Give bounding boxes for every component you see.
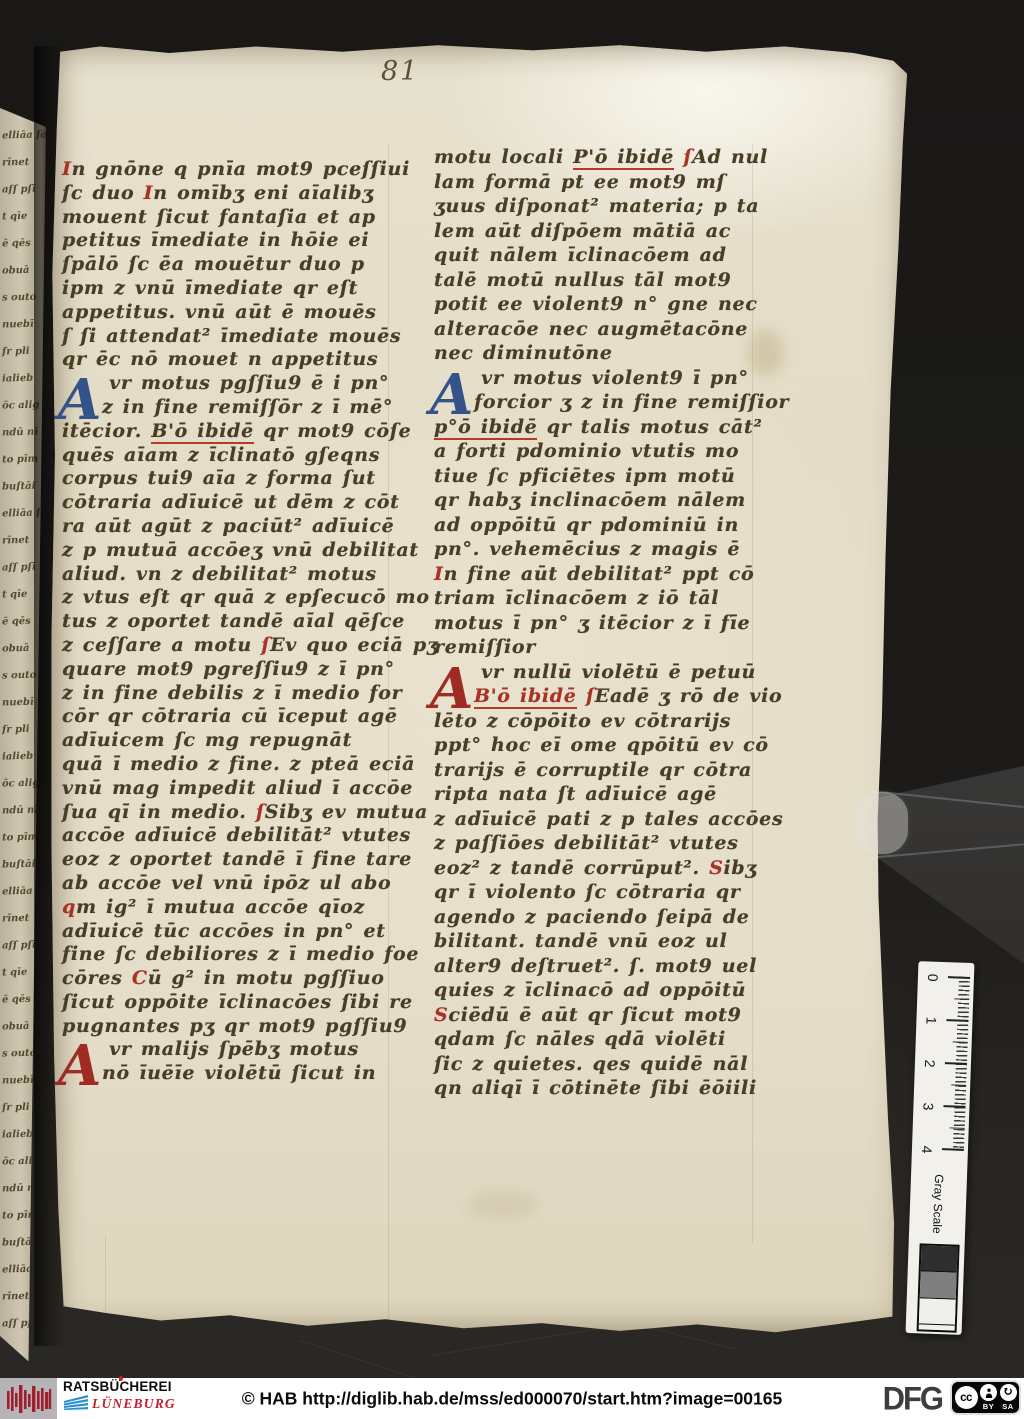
- background-scratch: [300, 1340, 414, 1378]
- text-segment: n gnōne q pnīa mot9 pceſſiui: [72, 158, 410, 180]
- text-segment: Eadē ʒ rō de vio: [595, 685, 783, 707]
- manuscript-line: nec diminutōne: [434, 342, 766, 367]
- text-segment: p°ō ibidē: [434, 416, 537, 440]
- text-segment: vr motus pgſſiu9 ē i pn°: [109, 372, 389, 394]
- manuscript-line: pugnantes pʒ qr mot9 pgſſiu9: [62, 1015, 398, 1039]
- manuscript-line: ʒuus diſponat² materia; p ta: [434, 195, 766, 220]
- text-segment: z in fine debilis z ī medio for: [62, 682, 402, 704]
- manuscript-line: Avr nullū violētū ē petuū: [434, 661, 766, 686]
- manuscript-line: cōr qr cōtraria cū īceput agē: [62, 705, 398, 729]
- text-segment: ſ: [586, 685, 595, 707]
- manuscript-line: alter9 deſtruet². ſ. mot9 uel: [434, 955, 766, 980]
- text-segment: qr habʒ inclinacōem nālem: [434, 489, 746, 511]
- text-segment: z in fine remiſſōr z ī mē°: [102, 396, 393, 418]
- manuscript-line: eoz z oportet tandē ī fine tare: [62, 848, 398, 872]
- manuscript-line: Sciēdū ē aūt qr ſicut mot9: [434, 1004, 766, 1029]
- manuscript-line: Avr malijs ſpēbʒ motus: [62, 1038, 398, 1062]
- text-segment: z paſſiōes debilitāt² vtutes: [434, 832, 739, 854]
- manuscript-line: triam īclinacōem z iō tāl: [434, 587, 766, 612]
- manuscript-line: petitus īmediate in hōie ei: [62, 229, 398, 253]
- gray-scale-patch: [920, 1272, 957, 1300]
- share-alike-glyph: ↻: [1003, 1386, 1014, 1399]
- cc-by-label: BY: [983, 1402, 994, 1411]
- text-segment: appetitus. vnū aūt ē mouēs: [62, 301, 377, 323]
- text-segment: z adīuicē pati z p tales accōes: [434, 808, 783, 830]
- manuscript-line: agendo z paciendo ſeipā de: [434, 906, 766, 931]
- text-segment: q: [62, 896, 76, 918]
- manuscript-line: cōres Cū g² in motu pgſſiuo: [62, 967, 398, 991]
- text-segment: I: [144, 182, 154, 204]
- text-segment: quies z īclinacō ad oppōitū: [434, 979, 746, 1001]
- cm-tick: [943, 1105, 965, 1108]
- text-segment: vr motus violent9 ī pn°: [481, 367, 749, 389]
- text-segment: P'ō ibidē: [573, 146, 674, 170]
- text-segment: ra aūt agūt z paciūt² adīuicē: [62, 515, 394, 537]
- copyright-url-text: © HAB http://diglib.hab.de/mss/ed000070/…: [242, 1388, 782, 1409]
- manuscript-line: cōtraria adīuicē ut dēm z cōt: [62, 491, 398, 515]
- text-segment: eoz² z tandē corrūput².: [434, 857, 709, 879]
- text-segment: n fine aūt debilitat² ppt cō: [444, 563, 755, 585]
- manuscript-line: qr habʒ inclinacōem nālem: [434, 489, 766, 514]
- manuscript-line: ſicut oppōite īclinacōes ſibi re: [62, 991, 398, 1015]
- text-segment: fine ſc debiliores z ī medio foe: [62, 943, 419, 965]
- ruler-number: 3: [920, 1098, 937, 1115]
- text-segment: ſc duo: [62, 182, 144, 204]
- text-segment: pugnantes pʒ qr mot9 pgſſiu9: [62, 1015, 407, 1037]
- text-segment: bilitant. tandē vnū eoz ul: [434, 930, 727, 952]
- text-segment: ʒuus diſponat² materia; p ta: [434, 195, 759, 217]
- text-segment: S: [709, 857, 723, 879]
- text-segment: z ceſſare a motu: [62, 634, 261, 656]
- manuscript-line: Avr motus pgſſiu9 ē i pn°: [62, 372, 398, 396]
- manuscript-line: tus z oportet tandē aīal qēſce: [62, 610, 398, 634]
- text-segment: qdam ſc nāles qdā violēti: [434, 1028, 726, 1050]
- manuscript-line: forcior ʒ z in fine remiſſior: [434, 391, 766, 416]
- text-segment: Sibʒ ev mutua: [265, 801, 428, 823]
- text-segment: tus z oportet tandē aīal qēſce: [62, 610, 405, 632]
- ruler-number: 4: [919, 1141, 936, 1158]
- text-segment: adīuicem ſc mg repugnāt: [62, 729, 352, 751]
- manuscript-line: z ceſſare a motu ſEv quo eciā pʒ: [62, 634, 398, 658]
- manuscript-line: bilitant. tandē vnū eoz ul: [434, 930, 766, 955]
- text-segment: adīuicē tūc accōes in pn° et: [62, 920, 386, 942]
- text-segment: forcior ʒ z in fine remiſſior: [474, 391, 789, 413]
- manuscript-line: quies z īclinacō ad oppōitū: [434, 979, 766, 1004]
- text-segment: eoz z oportet tandē ī fine tare: [62, 848, 412, 870]
- text-segment: tiue ſc pficiētes ipm motū: [434, 465, 735, 487]
- text-segment: potit ee violent9 n° gne nec: [434, 293, 758, 315]
- manuscript-line: accōe adīuicē debilitāt² vtutes: [62, 824, 398, 848]
- manuscript-page: 81 In gnōne q pnīa mot9 pceſſiuiſc duo I…: [48, 40, 914, 1340]
- text-segment: trarijs ē corruptile qr cōtra: [434, 759, 752, 781]
- creative-commons-icon: cc: [955, 1386, 978, 1409]
- page-holder-tip: [856, 792, 908, 854]
- manuscript-line: ab accōe vel vnū ipōz ul abo: [62, 872, 398, 896]
- text-segment: qn aliqī ī cōtinēte ſibi ēōiili: [434, 1077, 757, 1099]
- manuscript-line: z in fine debilis z ī medio for: [62, 682, 398, 706]
- manuscript-line: qdam ſc nāles qdā violēti: [434, 1028, 766, 1053]
- manuscript-line: vnū mag impedit aliud ī accōe: [62, 777, 398, 801]
- manuscript-line: qn aliqī ī cōtinēte ſibi ēōiili: [434, 1077, 766, 1102]
- text-segment: mouent ſicut fantaſia et ap: [62, 206, 376, 228]
- cm-tick: [945, 1062, 967, 1065]
- text-segment: qr ēc nō mouet n appetitus: [62, 348, 378, 370]
- text-segment: [674, 146, 683, 168]
- half-cm-tick: [951, 1084, 966, 1086]
- text-segment: ad oppōitū qr pdominiū in: [434, 514, 739, 536]
- gray-scale-patch: [921, 1245, 958, 1273]
- manuscript-line: qr ēc nō mouet n appetitus: [62, 348, 398, 372]
- text-segment: nō īuēīe violētū ſicut in: [102, 1062, 376, 1084]
- text-segment: motu locali: [434, 146, 573, 168]
- text-segment: m ig² ī mutua accōe qīoz: [76, 896, 365, 918]
- text-segment: remiſſior: [434, 636, 536, 658]
- gray-scale-patch: [919, 1298, 956, 1326]
- manuscript-line: adīuicē tūc accōes in pn° et: [62, 920, 398, 944]
- manuscript-line: fine ſc debiliores z ī medio foe: [62, 943, 398, 967]
- text-segment: C: [132, 967, 148, 989]
- manuscript-line: tiue ſc pficiētes ipm motū: [434, 465, 766, 490]
- text-segment: ripta nata ſt adīuicē agē: [434, 783, 717, 805]
- text-segment: qr ī violento ſc cōtraria qr: [434, 881, 741, 903]
- manuscript-line: aliud. vn z debilitat² motus: [62, 563, 398, 587]
- manuscript-line: lem aūt diſpōem mātiā ac: [434, 220, 766, 245]
- manuscript-line: lēto z cōpōito ev cōtrarijs: [434, 710, 766, 735]
- text-segment: itēcior.: [62, 420, 151, 442]
- text-segment: ſ: [261, 634, 270, 656]
- ruler-scale: 01234: [911, 973, 974, 1175]
- manuscript-line: z adīuicē pati z p tales accōes: [434, 808, 766, 833]
- text-segment: lēto z cōpōito ev cōtrarijs: [434, 710, 731, 732]
- library-name: RATSBÜCHEREI: [63, 1379, 213, 1394]
- text-segment: ſ: [683, 146, 692, 168]
- share-alike-arrow-icon: ↻: [1000, 1384, 1017, 1401]
- manuscript-line: ad oppōitū qr pdominiū in: [434, 514, 766, 539]
- ruler-number: 1: [923, 1012, 940, 1029]
- manuscript-line: lam formā pt ee mot9 mſ: [434, 171, 766, 196]
- text-segment: lam formā pt ee mot9 mſ: [434, 171, 725, 193]
- text-segment: cōtraria adīuicē ut dēm z cōt: [62, 491, 400, 513]
- text-segment: ab accōe vel vnū ipōz ul abo: [62, 872, 391, 894]
- manuscript-line: ppt° hoc eī ome qpōitū ev cō: [434, 734, 766, 759]
- manuscript-line: ripta nata ſt adīuicē agē: [434, 783, 766, 808]
- text-segment: vnū mag impedit aliud ī accōe: [62, 777, 413, 799]
- text-segment: ciēdū ē aūt qr ſicut mot9: [448, 1004, 741, 1026]
- text-segment: ipm z vnū īmediate qr eſt: [62, 277, 358, 299]
- manuscript-line: p°ō ibidē qr talis motus cāt²: [434, 416, 766, 441]
- digitized-manuscript-viewer: elliāa ſarīnetaſſ pſīt qīeē qēsobuās out…: [0, 0, 1024, 1419]
- manuscript-line: qm ig² ī mutua accōe qīoz: [62, 896, 398, 920]
- manuscript-line: Avr motus violent9 ī pn°: [434, 367, 766, 392]
- manuscript-line: mouent ſicut fantaſia et ap: [62, 206, 398, 230]
- text-segment: triam īclinacōem z iō tāl: [434, 587, 719, 609]
- text-segment: qr mot9 cōſe: [254, 420, 412, 442]
- manuscript-line: qr ī violento ſc cōtraria qr: [434, 881, 766, 906]
- manuscript-line: quit nālem īclinacōem ad: [434, 244, 766, 269]
- text-segment: nec diminutōne: [434, 342, 613, 364]
- manuscript-line: appetitus. vnū aūt ē mouēs: [62, 301, 398, 325]
- manuscript-line: z p mutuā accōeʒ vnū debilitat: [62, 539, 398, 563]
- manuscript-line: pn°. vehemēcius z magis ē: [434, 538, 766, 563]
- library-city: LÜNEBURG: [92, 1396, 176, 1412]
- text-segment: ſicut oppōite īclinacōes ſibi re: [62, 991, 413, 1013]
- text-segment: ſpālō ſc ēa mouētur duo p: [62, 253, 365, 275]
- manuscript-line: motu locali P'ō ibidē ſAd nul: [434, 146, 766, 171]
- text-segment: petitus īmediate in hōie ei: [62, 229, 369, 251]
- text-segment: I: [434, 563, 444, 585]
- parchment-stain: [468, 1190, 538, 1220]
- manuscript-line: B'ō ibidē ſEadē ʒ rō de vio: [434, 685, 766, 710]
- text-segment: agendo z paciendo ſeipā de: [434, 906, 750, 928]
- manuscript-line: ipm z vnū īmediate qr eſt: [62, 277, 398, 301]
- text-segment: B'ō ibidē: [151, 420, 254, 444]
- text-segment: [577, 685, 586, 707]
- manuscript-line: potit ee violent9 n° gne nec: [434, 293, 766, 318]
- text-segment: ſic z quietes. qes quidē nāl: [434, 1053, 748, 1075]
- library-name-text: RATSBÜCHEREI: [63, 1379, 172, 1394]
- cm-tick: [946, 1019, 968, 1022]
- half-cm-tick: [950, 1127, 965, 1129]
- half-cm-tick: [953, 1041, 968, 1043]
- text-segment: cōr qr cōtraria cū īceput agē: [62, 705, 398, 727]
- text-segment: quare mot9 pgreſſiu9 z ī pn°: [62, 658, 395, 680]
- text-segment: motus ī pn° ʒ itēcior z ī fīe: [434, 612, 750, 634]
- text-segment: pn°. vehemēcius z magis ē: [434, 538, 740, 560]
- manuscript-line: quēs aīam z īclinatō gſeqns: [62, 444, 398, 468]
- text-segment: z vtus eſt qr quā z epſecucō mo: [62, 586, 430, 608]
- right-column: motu locali P'ō ibidē ſAd nullam formā p…: [434, 146, 766, 1102]
- gray-scale-patches: [917, 1243, 960, 1332]
- text-segment: I: [62, 158, 72, 180]
- ruler-number: 0: [925, 969, 942, 986]
- cm-tick: [948, 976, 970, 979]
- text-segment: aliud. vn z debilitat² motus: [62, 563, 377, 585]
- text-segment: quā ī medio z fine. z pteā eciā: [62, 753, 415, 775]
- manuscript-line: ra aūt agūt z paciūt² adīuicē: [62, 515, 398, 539]
- text-segment: accōe adīuicē debilitāt² vtutes: [62, 824, 411, 846]
- manuscript-line: ſ ſi attendat² īmediate mouēs: [62, 325, 398, 349]
- ruler-number: 2: [922, 1055, 939, 1072]
- manuscript-line: adīuicem ſc mg repugnāt: [62, 729, 398, 753]
- manuscript-line: remiſſior: [434, 636, 766, 661]
- manuscript-line: ſua qī in medio. ſSibʒ ev mutua: [62, 801, 398, 825]
- column-ruling-line: [105, 1235, 106, 1347]
- library-logo: RATSBÜCHEREI LÜNEBURG: [63, 1379, 213, 1414]
- manuscript-line: a forti pdominio vtutis mo: [434, 440, 766, 465]
- manuscript-line: trarijs ē corruptile qr cōtra: [434, 759, 766, 784]
- manuscript-line: ſc duo In omībʒ eni aīalibʒ: [62, 182, 398, 206]
- text-segment: cōres: [62, 967, 132, 989]
- footer-bar: RATSBÜCHEREI LÜNEBURG © HAB: [0, 1378, 1024, 1419]
- text-segment: ibʒ: [724, 857, 757, 879]
- text-segment: ſ: [256, 801, 265, 823]
- manuscript-line: eoz² z tandē corrūput². Sibʒ: [434, 857, 766, 882]
- manuscript-line: z paſſiōes debilitāt² vtutes: [434, 832, 766, 857]
- text-segment: n omībʒ eni aīalibʒ: [153, 182, 374, 204]
- text-segment: lem aūt diſpōem mātiā ac: [434, 220, 731, 242]
- manuscript-line: alteracōe nec augmētacōne: [434, 318, 766, 343]
- manuscript-line: In gnōne q pnīa mot9 pceſſiui: [62, 158, 398, 182]
- text-segment: vr malijs ſpēbʒ motus: [109, 1038, 359, 1060]
- text-segment: talē motū nullus tāl mot9: [434, 269, 731, 291]
- text-segment: a forti pdominio vtutis mo: [434, 440, 739, 462]
- text-segment: Ad nul: [692, 146, 768, 168]
- text-segment: Ev quo eciā pʒ: [270, 634, 438, 656]
- blue-book-fan-icon: [63, 1394, 89, 1414]
- text-segment: ū g² in motu pgſſiuo: [148, 967, 385, 989]
- cm-tick: [942, 1148, 964, 1151]
- gray-scale-label: Gray Scale: [930, 1174, 946, 1234]
- text-segment: qr talis motus cāt²: [537, 416, 762, 438]
- cc-sa-label: SA: [1002, 1402, 1013, 1411]
- page-holder-strip: [852, 764, 1024, 966]
- text-segment: corpus tui9 aīa z forma ſut: [62, 467, 376, 489]
- manuscript-line: itēcior. B'ō ibidē qr mot9 cōſe: [62, 420, 398, 444]
- manuscript-line: quare mot9 pgreſſiu9 z ī pn°: [62, 658, 398, 682]
- text-segment: ſ ſi attendat² īmediate mouēs: [62, 325, 401, 347]
- left-column: In gnōne q pnīa mot9 pceſſiuiſc duo In o…: [62, 158, 398, 1086]
- text-segment: S: [434, 1004, 448, 1026]
- folio-number: 81: [381, 56, 419, 87]
- text-segment: alter9 deſtruet². ſ. mot9 uel: [434, 955, 757, 977]
- gray-scale-ruler: 01234 Gray Scale: [906, 961, 975, 1335]
- red-bars-library-mark-icon: [0, 1378, 57, 1419]
- text-segment: vr nullū violētū ē petuū: [481, 661, 756, 683]
- text-segment: quit nālem īclinacōem ad: [434, 244, 727, 266]
- manuscript-line: z vtus eſt qr quā z epſecucō mo: [62, 586, 398, 610]
- manuscript-line: z in fine remiſſōr z ī mē°: [62, 396, 398, 420]
- text-segment: ppt° hoc eī ome qpōitū ev cō: [434, 734, 769, 756]
- manuscript-line: talē motū nullus tāl mot9: [434, 269, 766, 294]
- manuscript-line: motus ī pn° ʒ itēcior z ī fīe: [434, 612, 766, 637]
- manuscript-line: nō īuēīe violētū ſicut in: [62, 1062, 398, 1086]
- attribution-person-icon: [980, 1384, 997, 1401]
- cc-license-badge: cc BY ↻ SA: [950, 1380, 1021, 1415]
- manuscript-line: corpus tui9 aīa z forma ſut: [62, 467, 398, 491]
- manuscript-line: ſic z quietes. qes quidē nāl: [434, 1053, 766, 1078]
- red-umlaut-dot: [119, 1376, 123, 1381]
- manuscript-line: ſpālō ſc ēa mouētur duo p: [62, 253, 398, 277]
- text-segment: B'ō ibidē: [474, 685, 577, 709]
- text-segment: z p mutuā accōeʒ vnū debilitat: [62, 539, 419, 561]
- text-segment: quēs aīam z īclinatō gſeqns: [62, 444, 380, 466]
- text-segment: ſua qī in medio.: [62, 801, 256, 823]
- half-cm-tick: [954, 998, 969, 1000]
- manuscript-line: quā ī medio z fine. z pteā eciā: [62, 753, 398, 777]
- dfg-logo: DFG: [883, 1380, 942, 1417]
- text-segment: alteracōe nec augmētacōne: [434, 318, 748, 340]
- manuscript-line: In fine aūt debilitat² ppt cō: [434, 563, 766, 588]
